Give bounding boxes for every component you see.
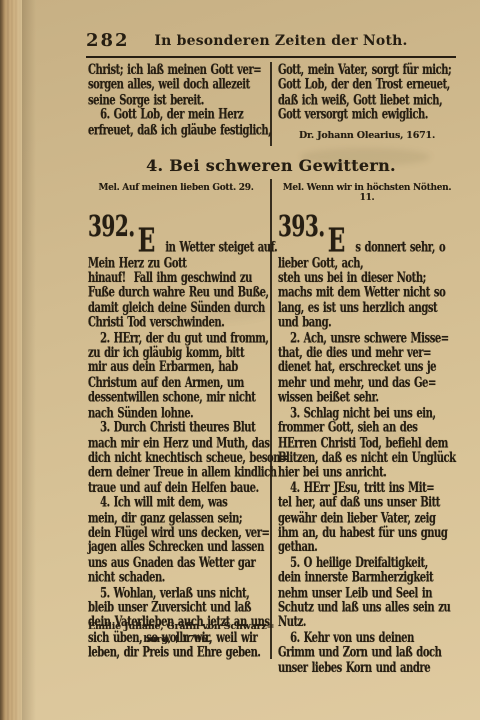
author-attribution: Emilie Juliane, Gräfin von Schwarz= burg… — [88, 620, 266, 646]
header-rule — [86, 56, 456, 58]
book-page-edges — [0, 0, 22, 720]
hymn-393-text: 393. E s donnert sehr, o lieber Gott, ac… — [278, 197, 458, 677]
section-heading: 4. Bei schweren Gewittern. — [86, 156, 456, 175]
author-attribution: Dr. Johann Olearius, 1671. — [278, 129, 456, 142]
hymn-392-drop-cap: E — [138, 227, 156, 257]
hymn-continuation-right-column: Gott, mein Vater, sorgt für mich; Gott L… — [278, 64, 456, 124]
hymn-continuation-left-column: Christ; ich laß meinen Gott ver= sorgen … — [88, 64, 266, 139]
hymn-number-392: 392. — [88, 212, 135, 242]
melody-reference-left: Mel. Auf meinen lieben Gott. 29. — [86, 183, 266, 193]
hymn-393-drop-cap: E — [328, 227, 346, 257]
hymn-number-393: 393. — [278, 212, 325, 242]
running-head: In besonderen Zeiten der Noth. — [96, 33, 466, 49]
hymnal-page-scan: 282 In besonderen Zeiten der Noth. Chris… — [0, 0, 480, 720]
gutter-shadow — [22, 0, 36, 720]
hymn-392-text: 392. E in Wetter steiget auf. Mein Herz … — [88, 197, 268, 662]
